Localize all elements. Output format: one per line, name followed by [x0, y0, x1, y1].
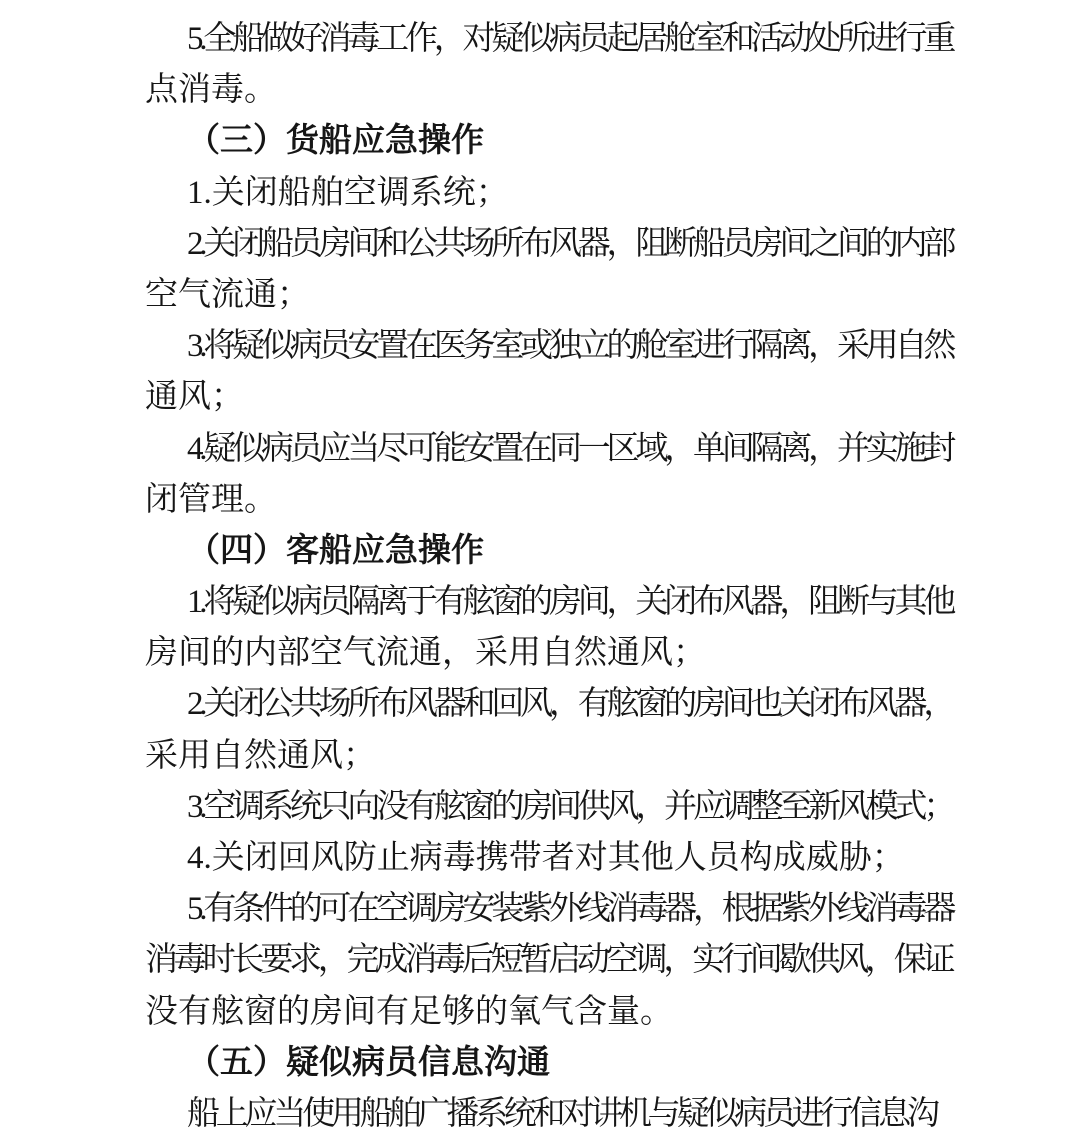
- paragraph-line: 采用自然通风；: [145, 731, 960, 782]
- paragraph-line: 没有舷窗的房间有足够的氧气含量。: [145, 987, 960, 1038]
- paragraph-line: 空气流通；: [145, 270, 960, 321]
- paragraph-line: 4.疑似病员应当尽可能安置在同一区域，单间隔离，并实施封: [145, 424, 960, 475]
- paragraph-line: 5.有条件的可在空调房安装紫外线消毒器，根据紫外线消毒器: [145, 884, 960, 935]
- paragraph-line: 点消毒。: [145, 65, 960, 116]
- paragraph-line: 4.关闭回风防止病毒携带者对其他人员构成威胁；: [145, 833, 960, 884]
- paragraph-line: 2.关闭船员房间和公共场所布风器，阻断船员房间之间的内部: [145, 219, 960, 270]
- paragraph-line: 3.空调系统只向没有舷窗的房间供风，并应调整至新风模式；: [145, 782, 960, 833]
- paragraph-line: 2.关闭公共场所布风器和回风，有舷窗的房间也关闭布风器，: [145, 679, 960, 730]
- section-heading: （五）疑似病员信息沟通: [145, 1038, 960, 1089]
- section-heading: （三）货船应急操作: [145, 116, 960, 167]
- section-heading: （四）客船应急操作: [145, 526, 960, 577]
- paragraph-line: 1.关闭船舶空调系统；: [145, 168, 960, 219]
- paragraph-line: 闭管理。: [145, 475, 960, 526]
- paragraph-line: 房间的内部空气流通，采用自然通风；: [145, 628, 960, 679]
- paragraph-line: 消毒时长要求，完成消毒后短暂启动空调，实行间歇供风，保证: [145, 935, 960, 986]
- paragraph-line: 3.将疑似病员安置在医务室或独立的舱室进行隔离，采用自然: [145, 321, 960, 372]
- paragraph-line: 船上应当使用船舶广播系统和对讲机与疑似病员进行信息沟: [145, 1089, 960, 1140]
- paragraph-line: 通风；: [145, 372, 960, 423]
- paragraph-line: 1.将疑似病员隔离于有舷窗的房间，关闭布风器，阻断与其他: [145, 577, 960, 628]
- paragraph-line: 5.全船做好消毒工作，对疑似病员起居舱室和活动处所进行重: [145, 14, 960, 65]
- document-page: 5.全船做好消毒工作，对疑似病员起居舱室和活动处所进行重 点消毒。 （三）货船应…: [0, 0, 1080, 1146]
- document-text-block: 5.全船做好消毒工作，对疑似病员起居舱室和活动处所进行重 点消毒。 （三）货船应…: [145, 14, 960, 1140]
